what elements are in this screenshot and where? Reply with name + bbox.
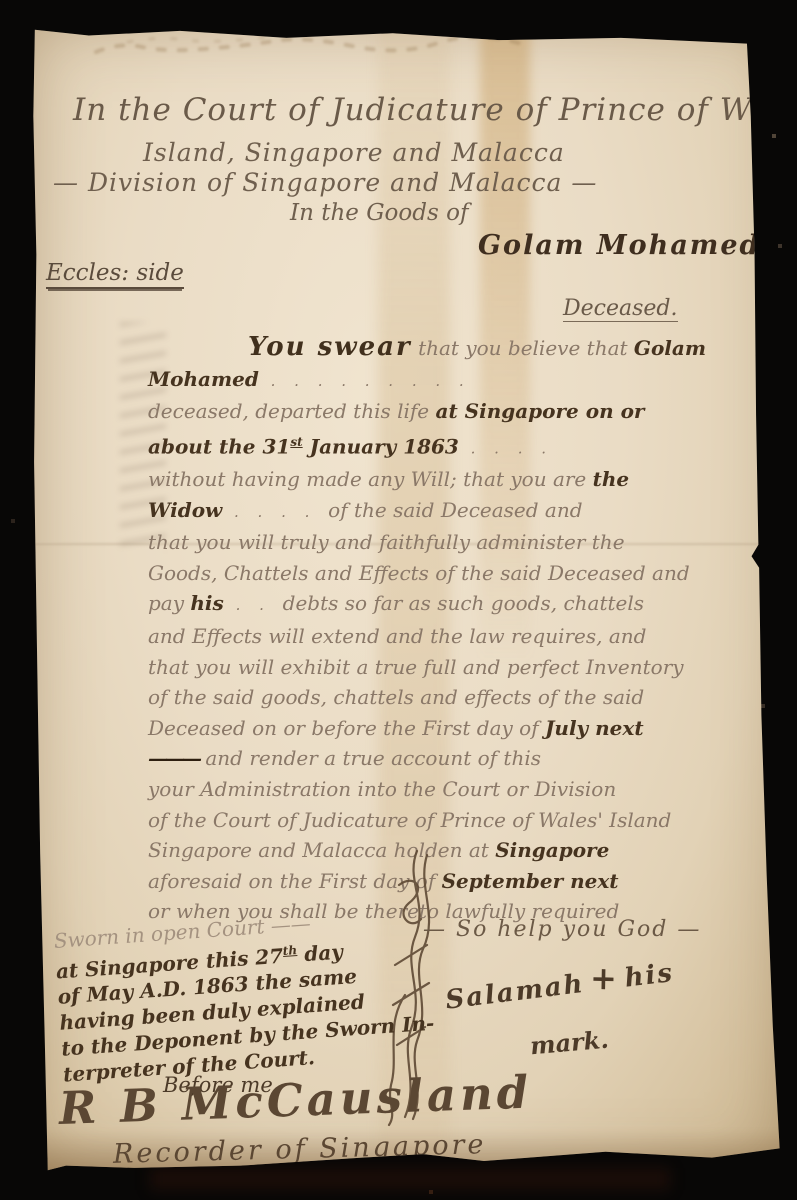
text-line: pay his . . debts so far as such goods, … xyxy=(148,588,760,621)
deceased-name: Golam Mohamed. xyxy=(478,230,772,261)
text-segment: deceased, departed this life xyxy=(148,399,436,423)
shadow-under-paper xyxy=(150,1168,670,1190)
text-segment: You swear xyxy=(248,332,412,362)
text-segment: Golam xyxy=(634,336,706,360)
text-segment: at Singapore on or xyxy=(436,399,645,423)
text-line: Goods, Chattels and Effects of the said … xyxy=(148,558,760,589)
text-line: that you will exhibit a true full and pe… xyxy=(148,652,760,683)
mark-his: his xyxy=(623,958,676,994)
text-line: without having made any Will; that you a… xyxy=(148,464,760,495)
text-segment: pay xyxy=(148,591,190,615)
deponent-name: Salamah xyxy=(444,969,586,1016)
mark-word: mark. xyxy=(529,1025,610,1061)
text-segment: and render a true account of this xyxy=(199,746,541,770)
text-segment: . . . . xyxy=(222,503,328,521)
text-segment: . . . . xyxy=(459,439,553,457)
text-segment: debts so far as such goods, chattels xyxy=(283,591,644,615)
text-line: Mohamed . . . . . . . . . xyxy=(148,364,760,397)
text-segment: the xyxy=(593,467,630,491)
text-line: your Administration into the Court or Di… xyxy=(148,774,760,805)
text-segment: Widow xyxy=(148,498,222,522)
text-line: Deceased on or before the First day of J… xyxy=(148,713,760,744)
text-segment: that you believe that xyxy=(412,336,634,360)
text-line: deceased, departed this life at Singapor… xyxy=(148,396,760,427)
text-line: Widow . . . . of the said Deceased and xyxy=(148,495,760,528)
deponent-mark-line: Salamah+his xyxy=(443,951,676,1017)
text-line: of the Court of Judicature of Prince of … xyxy=(148,805,760,836)
text-segment: his xyxy=(190,591,223,615)
text-line: You swear that you believe that Golam xyxy=(148,332,760,364)
dust-specks xyxy=(0,0,2,2)
in-the-goods-of: In the Goods of xyxy=(290,200,468,226)
text-line: that you will truly and faithfully admin… xyxy=(148,527,760,558)
text-segment: Deceased on or before the First day of xyxy=(148,716,545,740)
text-segment: Goods, Chattels and Effects of the said … xyxy=(148,561,690,585)
text-segment: your Administration into the Court or Di… xyxy=(148,777,616,801)
text-line: ——— and render a true account of this xyxy=(148,743,760,774)
division-line: — Division of Singapore and Malacca — xyxy=(53,168,597,197)
text-segment: st xyxy=(290,435,302,449)
text-line: about the 31st January 1863 . . . . xyxy=(148,427,760,464)
text-line: of the said goods, chattels and effects … xyxy=(148,682,760,713)
text-segment: . . xyxy=(224,596,283,614)
text-segment: about the 31 xyxy=(148,434,290,458)
text-line: and Effects will extend and the law requ… xyxy=(148,621,760,652)
faint-pencil-marks xyxy=(88,26,548,70)
mark-cross-icon: + xyxy=(583,959,624,998)
margin-label-eccles-side: Eccles: side xyxy=(46,260,184,289)
text-segment: without having made any Will; that you a… xyxy=(148,467,593,491)
text-segment: that you will truly and faithfully admin… xyxy=(148,530,625,554)
text-segment: of the said Deceased and xyxy=(328,498,582,522)
court-title-line1: In the Court of Judicature of Prince of … xyxy=(73,92,797,128)
text-segment: that you will exhibit a true full and pe… xyxy=(148,655,684,679)
text-segment: of the Court of Judicature of Prince of … xyxy=(148,808,671,832)
text-segment: July next xyxy=(545,716,644,740)
text-segment: September next xyxy=(442,869,619,893)
text-segment: Singapore xyxy=(495,838,609,862)
text-segment: th xyxy=(282,943,297,958)
text-segment: day xyxy=(296,939,343,966)
deceased-label: Deceased. xyxy=(563,296,678,322)
text-segment: ——— xyxy=(148,746,199,770)
oath-body-text: You swear that you believe that GolamMoh… xyxy=(148,332,760,927)
so-help-you-god: — So help you God — xyxy=(423,917,701,942)
document-paper: In the Court of Judicature of Prince of … xyxy=(28,24,788,1176)
text-segment: January 1863 xyxy=(303,434,459,458)
court-title-line2: Island, Singapore and Malacca xyxy=(143,138,565,167)
text-segment: Mohamed xyxy=(148,367,259,391)
text-segment: . . . . . . . . . xyxy=(259,372,471,390)
text-segment: and Effects will extend and the law requ… xyxy=(148,624,646,648)
sworn-statement: Sworn in open Court ——at Singapore this … xyxy=(53,903,437,1088)
text-segment: of the said goods, chattels and effects … xyxy=(148,685,644,709)
photo-background: In the Court of Judicature of Prince of … xyxy=(0,0,797,1200)
